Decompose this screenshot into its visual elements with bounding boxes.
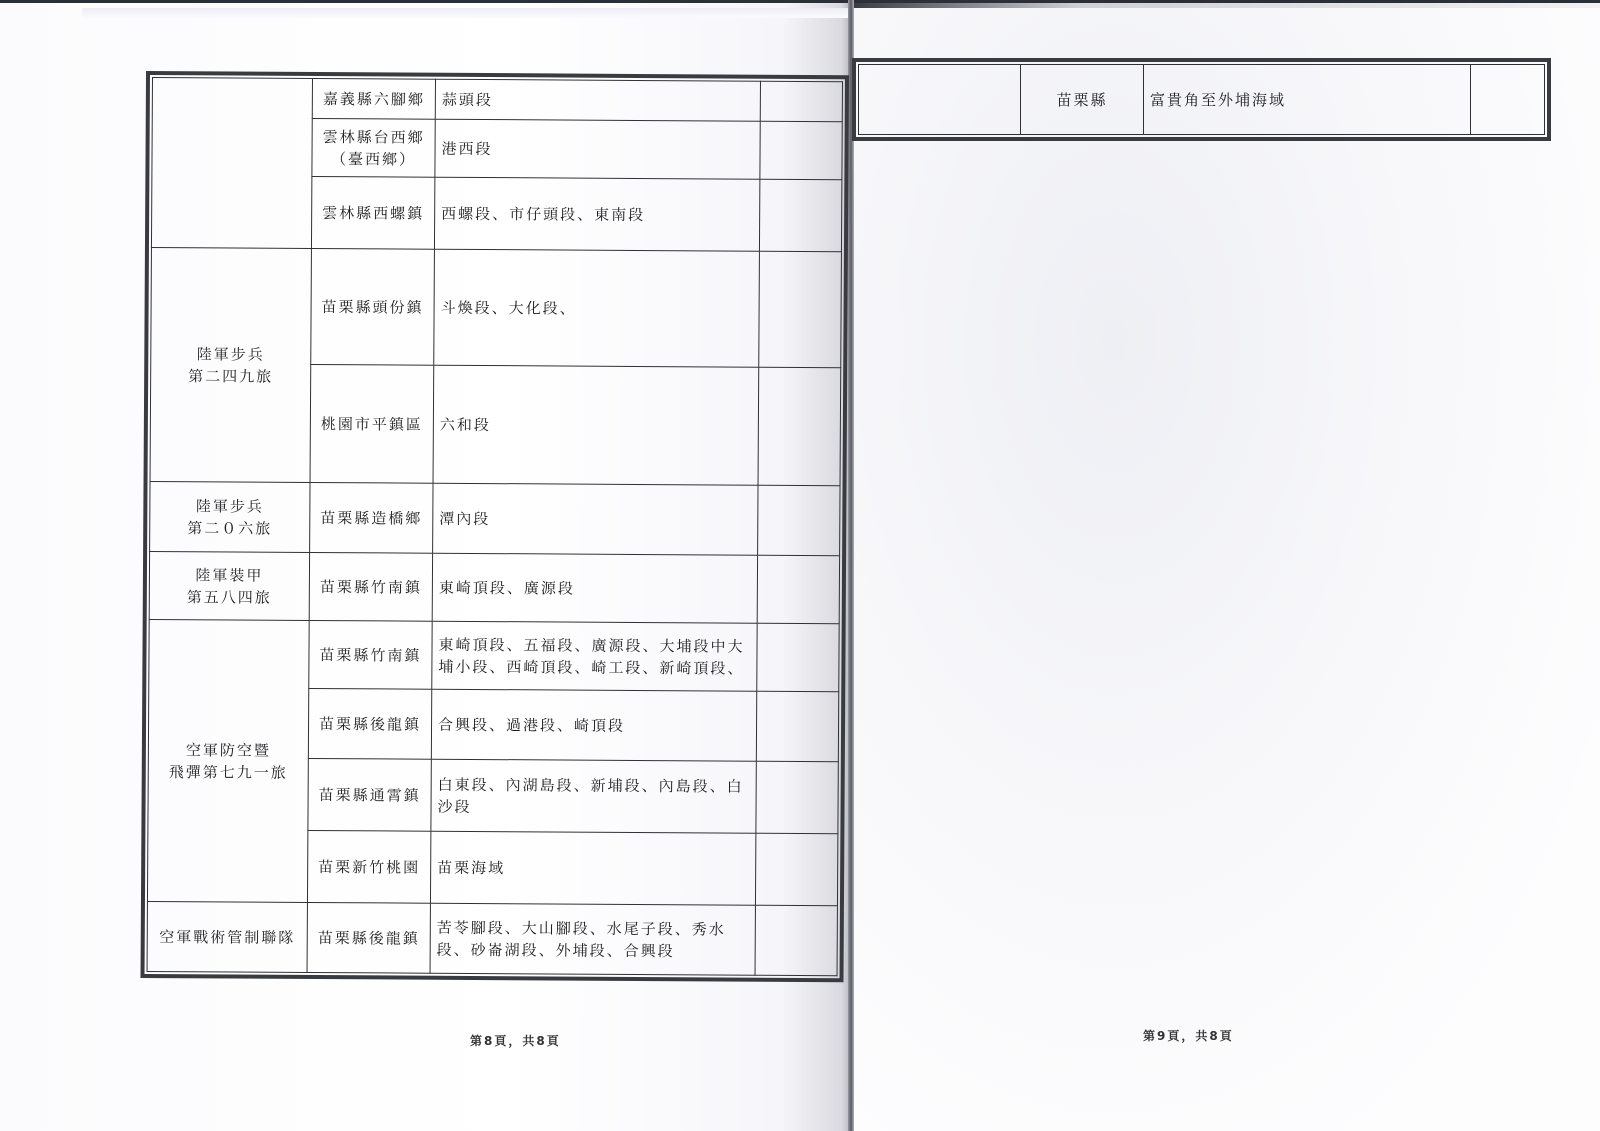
region-cell: 苗栗縣後龍鎮 <box>308 688 431 759</box>
region-cell: 嘉義縣六腳鄉 <box>312 78 435 119</box>
region-cell: 苗栗縣通霄鎮 <box>308 758 431 831</box>
table-row: 陸軍步兵 第二０六旅 苗栗縣造橋鄉 潭內段 <box>150 481 840 555</box>
unit-cell: 陸軍步兵 第二四九旅 <box>150 247 311 482</box>
area-cell: 東崎頂段、廣源段 <box>432 553 757 623</box>
region-cell: 苗栗縣竹南鎮 <box>309 552 432 621</box>
table-row: 空軍戰術管制聯隊 苗栗縣後龍鎮 苦苓腳段、大山腳段、水尾子段、秀水段、砂崙湖段、… <box>147 901 837 975</box>
area-cell: 東崎頂段、五福段、廣源段、大埔段中大埔小段、西崎頂段、崎工段、新崎頂段、 <box>432 621 757 691</box>
left-page-table: 嘉義縣六腳鄉 蒜頭段 雲林縣台西鄉 （臺西鄉） 港西段 雲林縣西螺鎮 西螺段、市… <box>147 77 843 976</box>
table-row: 嘉義縣六腳鄉 蒜頭段 <box>152 78 842 122</box>
table-row: 陸軍裝甲 第五八四旅 苗栗縣竹南鎮 東崎頂段、廣源段 <box>149 551 839 623</box>
region-cell: 雲林縣台西鄉 （臺西鄉） <box>312 118 435 177</box>
unit-cell: 空軍防空暨 飛彈第七九一旅 <box>147 619 309 902</box>
area-cell: 蒜頭段 <box>435 79 760 121</box>
region-cell: 苗栗縣後龍鎮 <box>307 902 430 973</box>
note-cell <box>757 555 839 623</box>
note-cell <box>760 121 842 179</box>
region-cell: 苗栗新竹桃園 <box>307 830 430 903</box>
area-cell: 苗栗海域 <box>430 831 755 905</box>
note-cell <box>758 367 841 485</box>
note-cell <box>755 905 837 975</box>
table-row: 陸軍步兵 第二四九旅 苗栗縣頭份鎮 斗煥段、大化段、 <box>151 247 842 367</box>
region-cell: 桃園市平鎮區 <box>310 364 434 483</box>
table-row: 苗栗縣 富貴角至外埔海域 <box>859 65 1545 135</box>
region-cell: 雲林縣西螺鎮 <box>311 176 434 249</box>
area-cell: 港西段 <box>435 119 760 179</box>
area-cell: 富貴角至外埔海域 <box>1144 65 1471 135</box>
unit-cell: 陸軍裝甲 第五八四旅 <box>149 551 309 620</box>
page-number-right: 第9頁，共8頁 <box>1143 1027 1234 1044</box>
area-cell: 斗煥段、大化段、 <box>434 249 760 367</box>
right-page-table: 苗栗縣 富貴角至外埔海域 <box>858 64 1545 135</box>
area-cell: 六和段 <box>433 365 759 485</box>
area-cell: 苦苓腳段、大山腳段、水尾子段、秀水段、砂崙湖段、外埔段、合興段 <box>430 903 755 975</box>
table-row: 空軍防空暨 飛彈第七九一旅 苗栗縣竹南鎮 東崎頂段、五福段、廣源段、大埔段中大埔… <box>149 619 839 691</box>
region-cell: 苗栗縣 <box>1021 65 1144 135</box>
right-page <box>854 3 1600 1131</box>
note-cell <box>757 623 839 691</box>
area-cell: 潭內段 <box>433 483 758 555</box>
note-cell <box>759 251 842 367</box>
region-cell: 苗栗縣竹南鎮 <box>309 620 432 689</box>
note-cell <box>756 761 838 833</box>
note-cell <box>758 485 840 555</box>
unit-cell <box>151 78 312 249</box>
area-cell: 合興段、過港段、崎頂段 <box>431 689 756 761</box>
unit-cell <box>859 65 1021 135</box>
page-number-left: 第8頁，共8頁 <box>470 1032 561 1049</box>
note-cell <box>755 833 837 905</box>
page-shadow <box>854 3 1600 8</box>
note-cell <box>760 81 842 122</box>
area-cell: 白東段、內湖島段、新埔段、內島段、白沙段 <box>431 759 756 833</box>
unit-cell: 空軍戰術管制聯隊 <box>147 901 307 972</box>
paper-edge <box>82 8 850 18</box>
area-cell: 西螺段、市仔頭段、東南段 <box>434 177 759 251</box>
unit-cell: 陸軍步兵 第二０六旅 <box>150 481 310 552</box>
region-cell: 苗栗縣造橋鄉 <box>310 482 433 553</box>
note-cell <box>1471 65 1545 135</box>
note-cell <box>759 179 841 251</box>
note-cell <box>756 691 838 761</box>
region-cell: 苗栗縣頭份鎮 <box>311 248 435 365</box>
